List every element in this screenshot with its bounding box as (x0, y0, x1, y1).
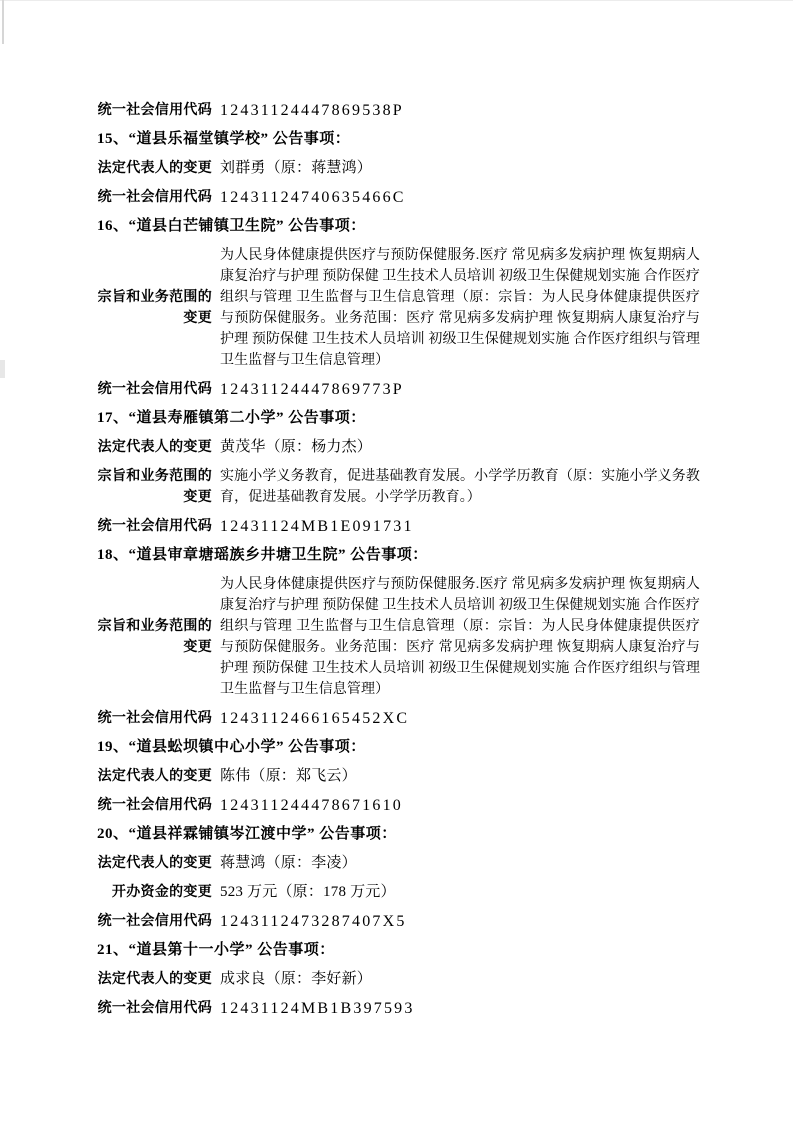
field-label: 宗旨和业务范围的变更 (97, 574, 212, 700)
field-label: 法定代表人的变更 (97, 437, 212, 458)
field-row: 法定代表人的变更 黄茂华（原：杨力杰） (97, 437, 700, 458)
section-heading: 20、“道县祥霖铺镇岑江渡中学” 公告事项： (97, 824, 700, 845)
field-label: 统一社会信用代码 (97, 379, 212, 400)
field-row: 统一社会信用代码 124311244478671610 (97, 795, 700, 816)
section-heading: 15、“道县乐福堂镇学校” 公告事项： (97, 129, 700, 150)
field-value: 12431124740635466C (220, 187, 700, 208)
field-label: 法定代表人的变更 (97, 853, 212, 874)
scan-left-edge-artifact (2, 0, 4, 44)
field-label: 法定代表人的变更 (97, 158, 212, 179)
section-heading: 18、“道县审章塘瑶族乡井塘卫生院” 公告事项： (97, 545, 700, 566)
field-label: 法定代表人的变更 (97, 766, 212, 787)
field-value: 成求良（原：李好新） (220, 969, 700, 990)
field-value: 陈伟（原：郑飞云） (220, 766, 700, 787)
section-heading: 19、“道县蚣坝镇中心小学” 公告事项： (97, 737, 700, 758)
field-row: 统一社会信用代码 12431124MB1E091731 (97, 516, 700, 537)
field-row: 法定代表人的变更 成求良（原：李好新） (97, 969, 700, 990)
field-label: 统一社会信用代码 (97, 100, 212, 121)
field-value: 1243112473287407X5 (220, 911, 700, 932)
field-row: 法定代表人的变更 陈伟（原：郑飞云） (97, 766, 700, 787)
field-row: 宗旨和业务范围的变更 为人民身体健康提供医疗与预防保健服务.医疗 常见病多发病护… (97, 574, 700, 700)
field-value: 1243112466165452XC (220, 708, 700, 729)
section-heading: 16、“道县白芒铺镇卫生院” 公告事项： (97, 216, 700, 237)
field-row: 统一社会信用代码 1243112473287407X5 (97, 911, 700, 932)
field-value: 12431124MB1E091731 (220, 516, 700, 537)
field-row: 宗旨和业务范围的变更 实施小学义务教育，促进基础教育发展。小学学历教育（原：实施… (97, 466, 700, 508)
field-value: 12431124447869538P (220, 100, 700, 121)
field-row: 统一社会信用代码 12431124447869538P (97, 100, 700, 121)
scan-top-edge-artifact (0, 0, 793, 1)
field-label: 宗旨和业务范围的变更 (97, 245, 212, 371)
document-page: 统一社会信用代码 12431124447869538P 15、“道县乐福堂镇学校… (0, 0, 793, 1122)
field-label: 统一社会信用代码 (97, 911, 212, 932)
field-value: 黄茂华（原：杨力杰） (220, 437, 700, 458)
field-row: 法定代表人的变更 刘群勇（原：蒋慧鸿） (97, 158, 700, 179)
field-row: 统一社会信用代码 1243112466165452XC (97, 708, 700, 729)
field-label: 统一社会信用代码 (97, 187, 212, 208)
field-value: 12431124MB1B397593 (220, 998, 700, 1019)
field-label: 宗旨和业务范围的变更 (97, 466, 212, 508)
field-label: 开办资金的变更 (97, 882, 212, 903)
field-label: 统一社会信用代码 (97, 795, 212, 816)
field-row: 法定代表人的变更 蒋慧鸿（原：李凌） (97, 853, 700, 874)
field-value: 124311244478671610 (220, 795, 700, 816)
document-content: 统一社会信用代码 12431124447869538P 15、“道县乐福堂镇学校… (97, 100, 700, 1019)
field-label: 统一社会信用代码 (97, 516, 212, 537)
scan-left-patch-artifact (0, 360, 5, 378)
field-value: 为人民身体健康提供医疗与预防保健服务.医疗 常见病多发病护理 恢复期病人康复治疗… (220, 574, 700, 700)
field-value: 523 万元（原：178 万元） (220, 882, 700, 903)
field-value: 实施小学义务教育，促进基础教育发展。小学学历教育（原：实施小学义务教育，促进基础… (220, 466, 700, 508)
field-row: 统一社会信用代码 12431124447869773P (97, 379, 700, 400)
field-value: 刘群勇（原：蒋慧鸿） (220, 158, 700, 179)
field-value: 为人民身体健康提供医疗与预防保健服务.医疗 常见病多发病护理 恢复期病人康复治疗… (220, 245, 700, 371)
section-heading: 17、“道县寿雁镇第二小学” 公告事项： (97, 408, 700, 429)
field-label: 法定代表人的变更 (97, 969, 212, 990)
section-heading: 21、“道县第十一小学” 公告事项： (97, 940, 700, 961)
field-value: 12431124447869773P (220, 379, 700, 400)
field-value: 蒋慧鸿（原：李凌） (220, 853, 700, 874)
field-row: 统一社会信用代码 12431124740635466C (97, 187, 700, 208)
field-row: 宗旨和业务范围的变更 为人民身体健康提供医疗与预防保健服务.医疗 常见病多发病护… (97, 245, 700, 371)
field-label: 统一社会信用代码 (97, 998, 212, 1019)
field-row: 统一社会信用代码 12431124MB1B397593 (97, 998, 700, 1019)
field-row: 开办资金的变更 523 万元（原：178 万元） (97, 882, 700, 903)
field-label: 统一社会信用代码 (97, 708, 212, 729)
